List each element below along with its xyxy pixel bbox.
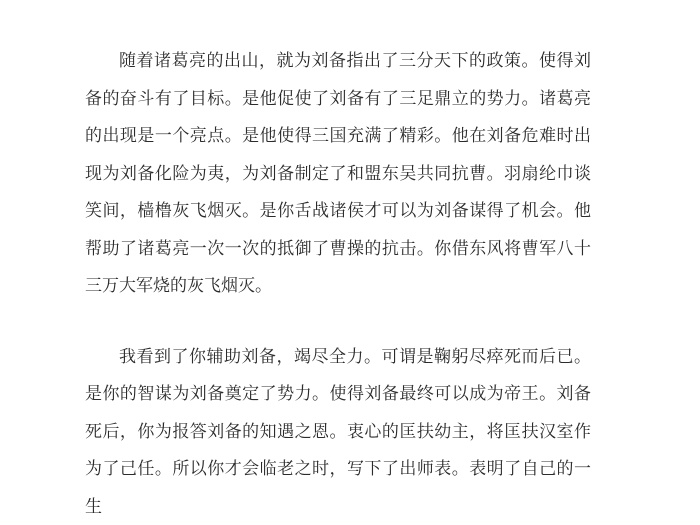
document-page: 随着诸葛亮的出山，就为刘备指出了三分天下的政策。使得刘备的奋斗有了目标。是他促使…: [85, 42, 591, 470]
paragraph-2: 我看到了你辅助刘备，竭尽全力。可谓是鞠躬尽瘁死而后已。是你的智谋为刘备奠定了势力…: [85, 338, 591, 471]
document-background: { "page": { "background_color": "#ffffff…: [0, 0, 700, 470]
paragraph-1: 随着诸葛亮的出山，就为刘备指出了三分天下的政策。使得刘备的奋斗有了目标。是他促使…: [85, 42, 591, 305]
